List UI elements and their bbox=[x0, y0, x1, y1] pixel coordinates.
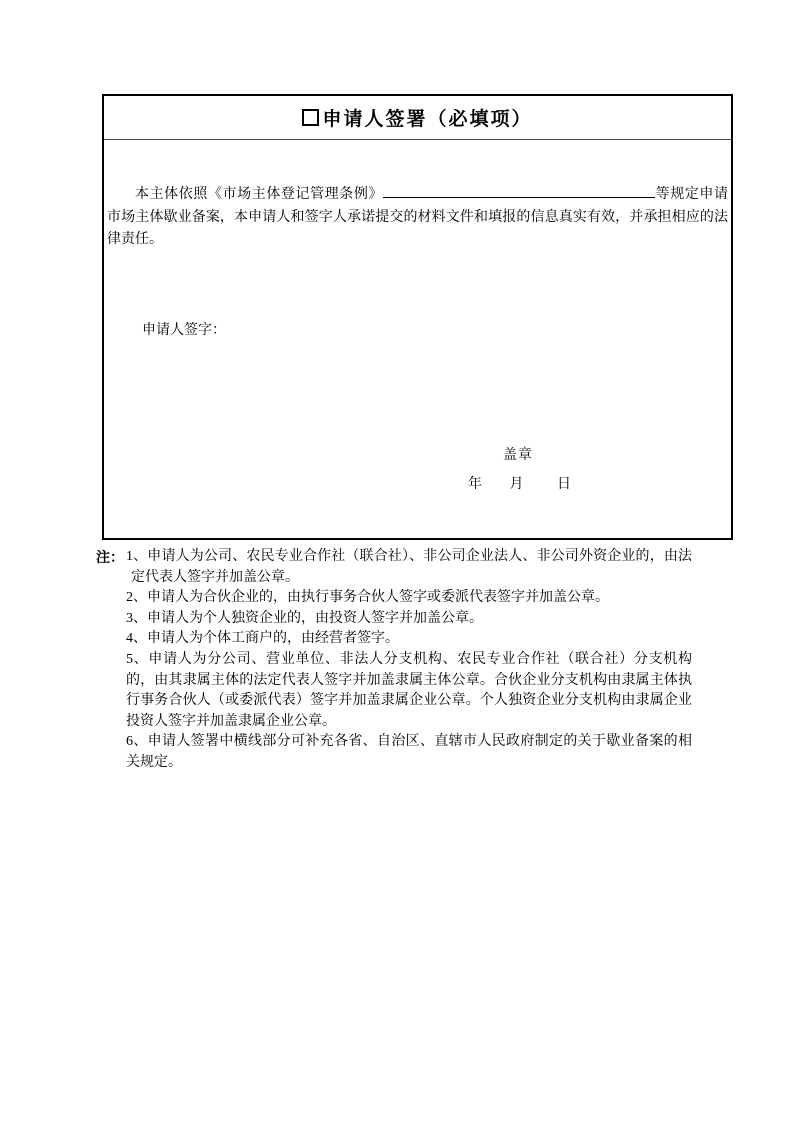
notes-label: 注： bbox=[96, 547, 124, 568]
checkbox-icon[interactable] bbox=[302, 109, 319, 126]
form-title-bar: 申请人签署（必填项） bbox=[104, 96, 731, 140]
form-title: 申请人签署（必填项） bbox=[322, 104, 532, 131]
note-item: 6、申请人签署中横线部分可补充各省、自治区、直辖市人民政府制定的关于歇业备案的相… bbox=[126, 732, 692, 773]
applicant-signature-label: 申请人签字： bbox=[142, 319, 226, 339]
applicant-signature-form-box: 申请人签署（必填项） 本主体依照《市场主体登记管理条例》等规定申请市场主体歇业备… bbox=[102, 94, 733, 540]
date-month-label: 月 bbox=[510, 477, 524, 492]
notes-list: 1、申请人为公司、农民专业合作社（联合社）、非公司企业法人、非公司外资企业的，由… bbox=[126, 547, 692, 774]
notes-section: 注： 1、申请人为公司、农民专业合作社（联合社）、非公司企业法人、非公司外资企业… bbox=[96, 547, 692, 774]
note-item: 5、申请人为分公司、营业单位、非法人分支机构、农民专业合作社（联合社）分支机构的… bbox=[126, 650, 692, 732]
note-item: 3、申请人为个人独资企业的，由投资人签字并加盖公章。 bbox=[126, 609, 692, 630]
date-line: 年 月 日 bbox=[468, 473, 571, 493]
document-page: 申请人签署（必填项） 本主体依照《市场主体登记管理条例》等规定申请市场主体歇业备… bbox=[0, 0, 793, 1122]
declaration-text-part1: 本主体依照《市场主体登记管理条例》 bbox=[135, 187, 383, 202]
date-year-label: 年 bbox=[468, 477, 482, 492]
regulation-blank-field[interactable] bbox=[383, 183, 655, 198]
note-item: 1、申请人为公司、农民专业合作社（联合社）、非公司企业法人、非公司外资企业的，由… bbox=[126, 547, 692, 588]
note-item: 2、申请人为合伙企业的，由执行事务合伙人签字或委派代表签字并加盖公章。 bbox=[126, 588, 692, 609]
form-title-row: 申请人签署（必填项） bbox=[302, 104, 532, 131]
declaration-paragraph: 本主体依照《市场主体登记管理条例》等规定申请市场主体歇业备案，本申请人和签字人承… bbox=[107, 183, 728, 252]
date-day-label: 日 bbox=[557, 477, 571, 492]
stamp-label: 盖章 bbox=[503, 444, 533, 464]
signature-blank-area[interactable] bbox=[234, 314, 534, 374]
note-item: 4、申请人为个体工商户的，由经营者签字。 bbox=[126, 629, 692, 650]
